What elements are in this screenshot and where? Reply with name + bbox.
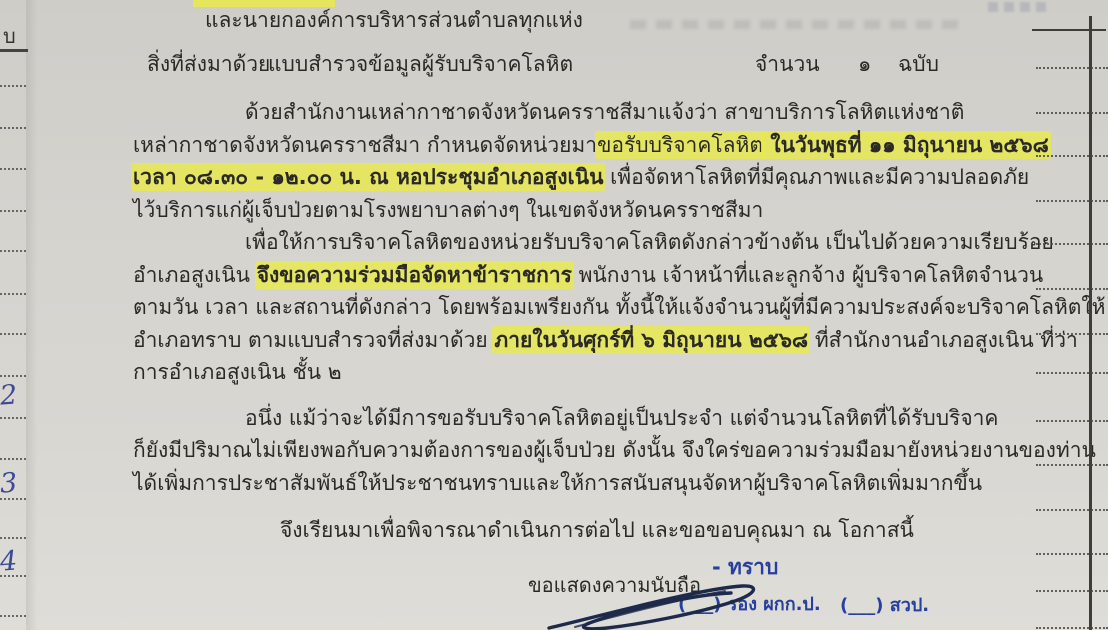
text-segment: เพื่อจัดหาโลหิตที่มีคุณภาพและมีความปลอดภ…	[603, 165, 1029, 189]
text-line: เพื่อให้การบริจาคโลหิตของหน่วยรับบริจาคโ…	[133, 226, 1033, 259]
text-segment: ได้เพิ่มการประชาสัมพันธ์ให้ประชาชนทราบแล…	[133, 471, 982, 495]
margin-dotted-rule	[0, 458, 26, 460]
text-line: ด้วยสำนักงานเหล่ากาชาดจังหวัดนครราชสีมาแ…	[133, 96, 1033, 129]
quantity-label: จำนวน	[755, 48, 820, 81]
text-line: ได้เพิ่มการประชาสัมพันธ์ให้ประชาชนทราบแล…	[133, 467, 1033, 500]
margin-dotted-rule	[0, 168, 26, 170]
closing-line: จึงเรียนมาเพื่อพิจารณาดำเนินการต่อไป และ…	[280, 514, 914, 547]
text-segment: ด้วยสำนักงานเหล่ากาชาดจังหวัดนครราชสีมาแ…	[245, 100, 964, 124]
handwritten-margin-number: 4	[0, 545, 18, 577]
letter-body: ด้วยสำนักงานเหล่ากาชาดจังหวัดนครราชสีมาแ…	[133, 96, 1033, 499]
margin-dotted-rule	[0, 575, 26, 577]
quantity-unit: ฉบับ	[898, 48, 939, 81]
text-segment: เพื่อให้การบริจาคโลหิตของหน่วยรับบริจาคโ…	[245, 230, 1054, 254]
highlighted-text: เวลา ๐๘.๓๐ - ๑๒.๐๐ น. ณ หอประชุมอำเภอสูง…	[133, 165, 603, 189]
text-segment: อำเภอสูงเนิน	[133, 263, 257, 287]
table-dotted-rule	[1036, 553, 1108, 555]
margin-dotted-rule	[0, 293, 26, 295]
highlighted-text: ภายในวันศุกร์ที่ ๖ มิถุนายน ๒๕๖๘	[494, 328, 808, 352]
letter-photo: และนายกองค์การบริหารส่วนตำบลทุกแห่ง สิ่ง…	[0, 0, 1108, 630]
margin-dotted-rule	[0, 85, 26, 87]
margin-dotted-rule	[0, 250, 26, 252]
text-segment: ตามวัน เวลา และสถานที่ดังกล่าว โดยพร้อมเ…	[133, 295, 1106, 319]
text-line: อำเภอทราบ ตามแบบสำรวจที่ส่งมาด้วย ภายในว…	[133, 324, 1033, 357]
margin-dotted-rule	[0, 417, 26, 419]
handwritten-margin-number: 3	[0, 467, 18, 499]
text-line: เวลา ๐๘.๓๐ - ๑๒.๐๐ น. ณ หอประชุมอำเภอสูง…	[133, 161, 1033, 194]
table-dotted-rule	[1036, 372, 1108, 374]
margin-vertical-rule	[1089, 16, 1092, 630]
handwritten-margin-number: 2	[0, 379, 18, 411]
stamp-checkbox-inspector: (___) สวป.	[840, 590, 929, 619]
table-dotted-rule	[1036, 155, 1108, 157]
margin-dotted-rule	[0, 127, 26, 129]
table-dotted-rule	[1036, 333, 1108, 335]
bleedthrough-smudge	[630, 20, 960, 29]
text-segment: อำเภอทราบ ตามแบบสำรวจที่ส่งมาด้วย	[133, 328, 494, 352]
text-line: การอำเภอสูงเนิน ชั้น ๒	[133, 356, 1033, 389]
table-dotted-rule	[1036, 420, 1108, 422]
signature-flourish	[545, 584, 777, 630]
table-dotted-rule	[1036, 627, 1108, 629]
text-segment: ที่สำนักงานอำเภอสูงเนิน ที่ว่า	[808, 328, 1078, 352]
attachment-label: สิ่งที่ส่งมาด้วย	[147, 48, 270, 81]
table-dotted-rule	[1036, 112, 1108, 114]
margin-dotted-rule	[0, 615, 26, 617]
margin-rule	[0, 49, 28, 52]
quantity-value: ๑	[858, 48, 871, 81]
margin-dotted-rule	[0, 375, 26, 377]
margin-dotted-rule	[0, 537, 26, 539]
highlighted-text: ขอรับบริจาคโลหิต	[597, 133, 763, 157]
table-dotted-rule	[1036, 288, 1108, 290]
attachment-row: สิ่งที่ส่งมาด้วย แบบสำรวจข้อมูลผู้รับบริ…	[0, 48, 1108, 78]
text-segment: ไว้บริการแก่ผู้เจ็บป่วยตามโรงพยาบาลต่างๆ…	[133, 198, 763, 222]
margin-dotted-rule	[0, 333, 26, 335]
margin-dotted-rule	[0, 498, 26, 500]
text-segment: การอำเภอสูงเนิน ชั้น ๒	[133, 360, 342, 384]
table-dotted-rule	[1036, 67, 1108, 69]
table-dotted-rule	[1036, 590, 1108, 592]
text-line: ไว้บริการแก่ผู้เจ็บป่วยตามโรงพยาบาลต่างๆ…	[133, 194, 1033, 227]
bleedthrough-smudge	[988, 2, 1048, 12]
table-dotted-rule	[1036, 200, 1108, 202]
table-dotted-rule	[1036, 509, 1108, 511]
margin-rule	[1032, 29, 1106, 31]
highlighted-text: จึงขอความร่วมมือจัดหาข้าราชการ	[257, 263, 572, 287]
text-segment: เหล่ากาชาดจังหวัดนครราชสีมา กำหนดจัดหน่ว…	[133, 133, 597, 157]
text-segment: พนักงาน เจ้าหน้าที่และลูกจ้าง ผู้บริจาคโ…	[572, 263, 1043, 287]
text-segment: ก็ยังมีปริมาณไม่เพียงพอกับความต้องการของ…	[133, 438, 1096, 462]
text-line: ก็ยังมีปริมาณไม่เพียงพอกับความต้องการของ…	[133, 434, 1033, 467]
highlighted-text: ในวันพุธที่ ๑๑ มิถุนายน ๒๕๖๘	[763, 133, 1049, 157]
text-line: อนึ่ง แม้ว่าจะได้มีการขอรับบริจาคโลหิตอย…	[133, 402, 1033, 435]
recipient-line: และนายกองค์การบริหารส่วนตำบลทุกแห่ง	[205, 4, 583, 37]
text-line: เหล่ากาชาดจังหวัดนครราชสีมา กำหนดจัดหน่ว…	[133, 129, 1033, 162]
margin-top-char: บ	[3, 20, 16, 52]
handwritten-acknowledged-note: - ทราบ	[712, 551, 778, 584]
attachment-value: แบบสำรวจข้อมูลผู้รับบริจาคโลหิต	[268, 48, 573, 81]
table-dotted-rule	[1036, 243, 1108, 245]
table-dotted-rule	[1036, 464, 1108, 466]
text-segment: อนึ่ง แม้ว่าจะได้มีการขอรับบริจาคโลหิตอย…	[245, 406, 998, 430]
margin-dotted-rule	[0, 210, 26, 212]
text-line: ตามวัน เวลา และสถานที่ดังกล่าว โดยพร้อมเ…	[133, 291, 1033, 324]
text-line: อำเภอสูงเนิน จึงขอความร่วมมือจัดหาข้าราช…	[133, 259, 1033, 292]
